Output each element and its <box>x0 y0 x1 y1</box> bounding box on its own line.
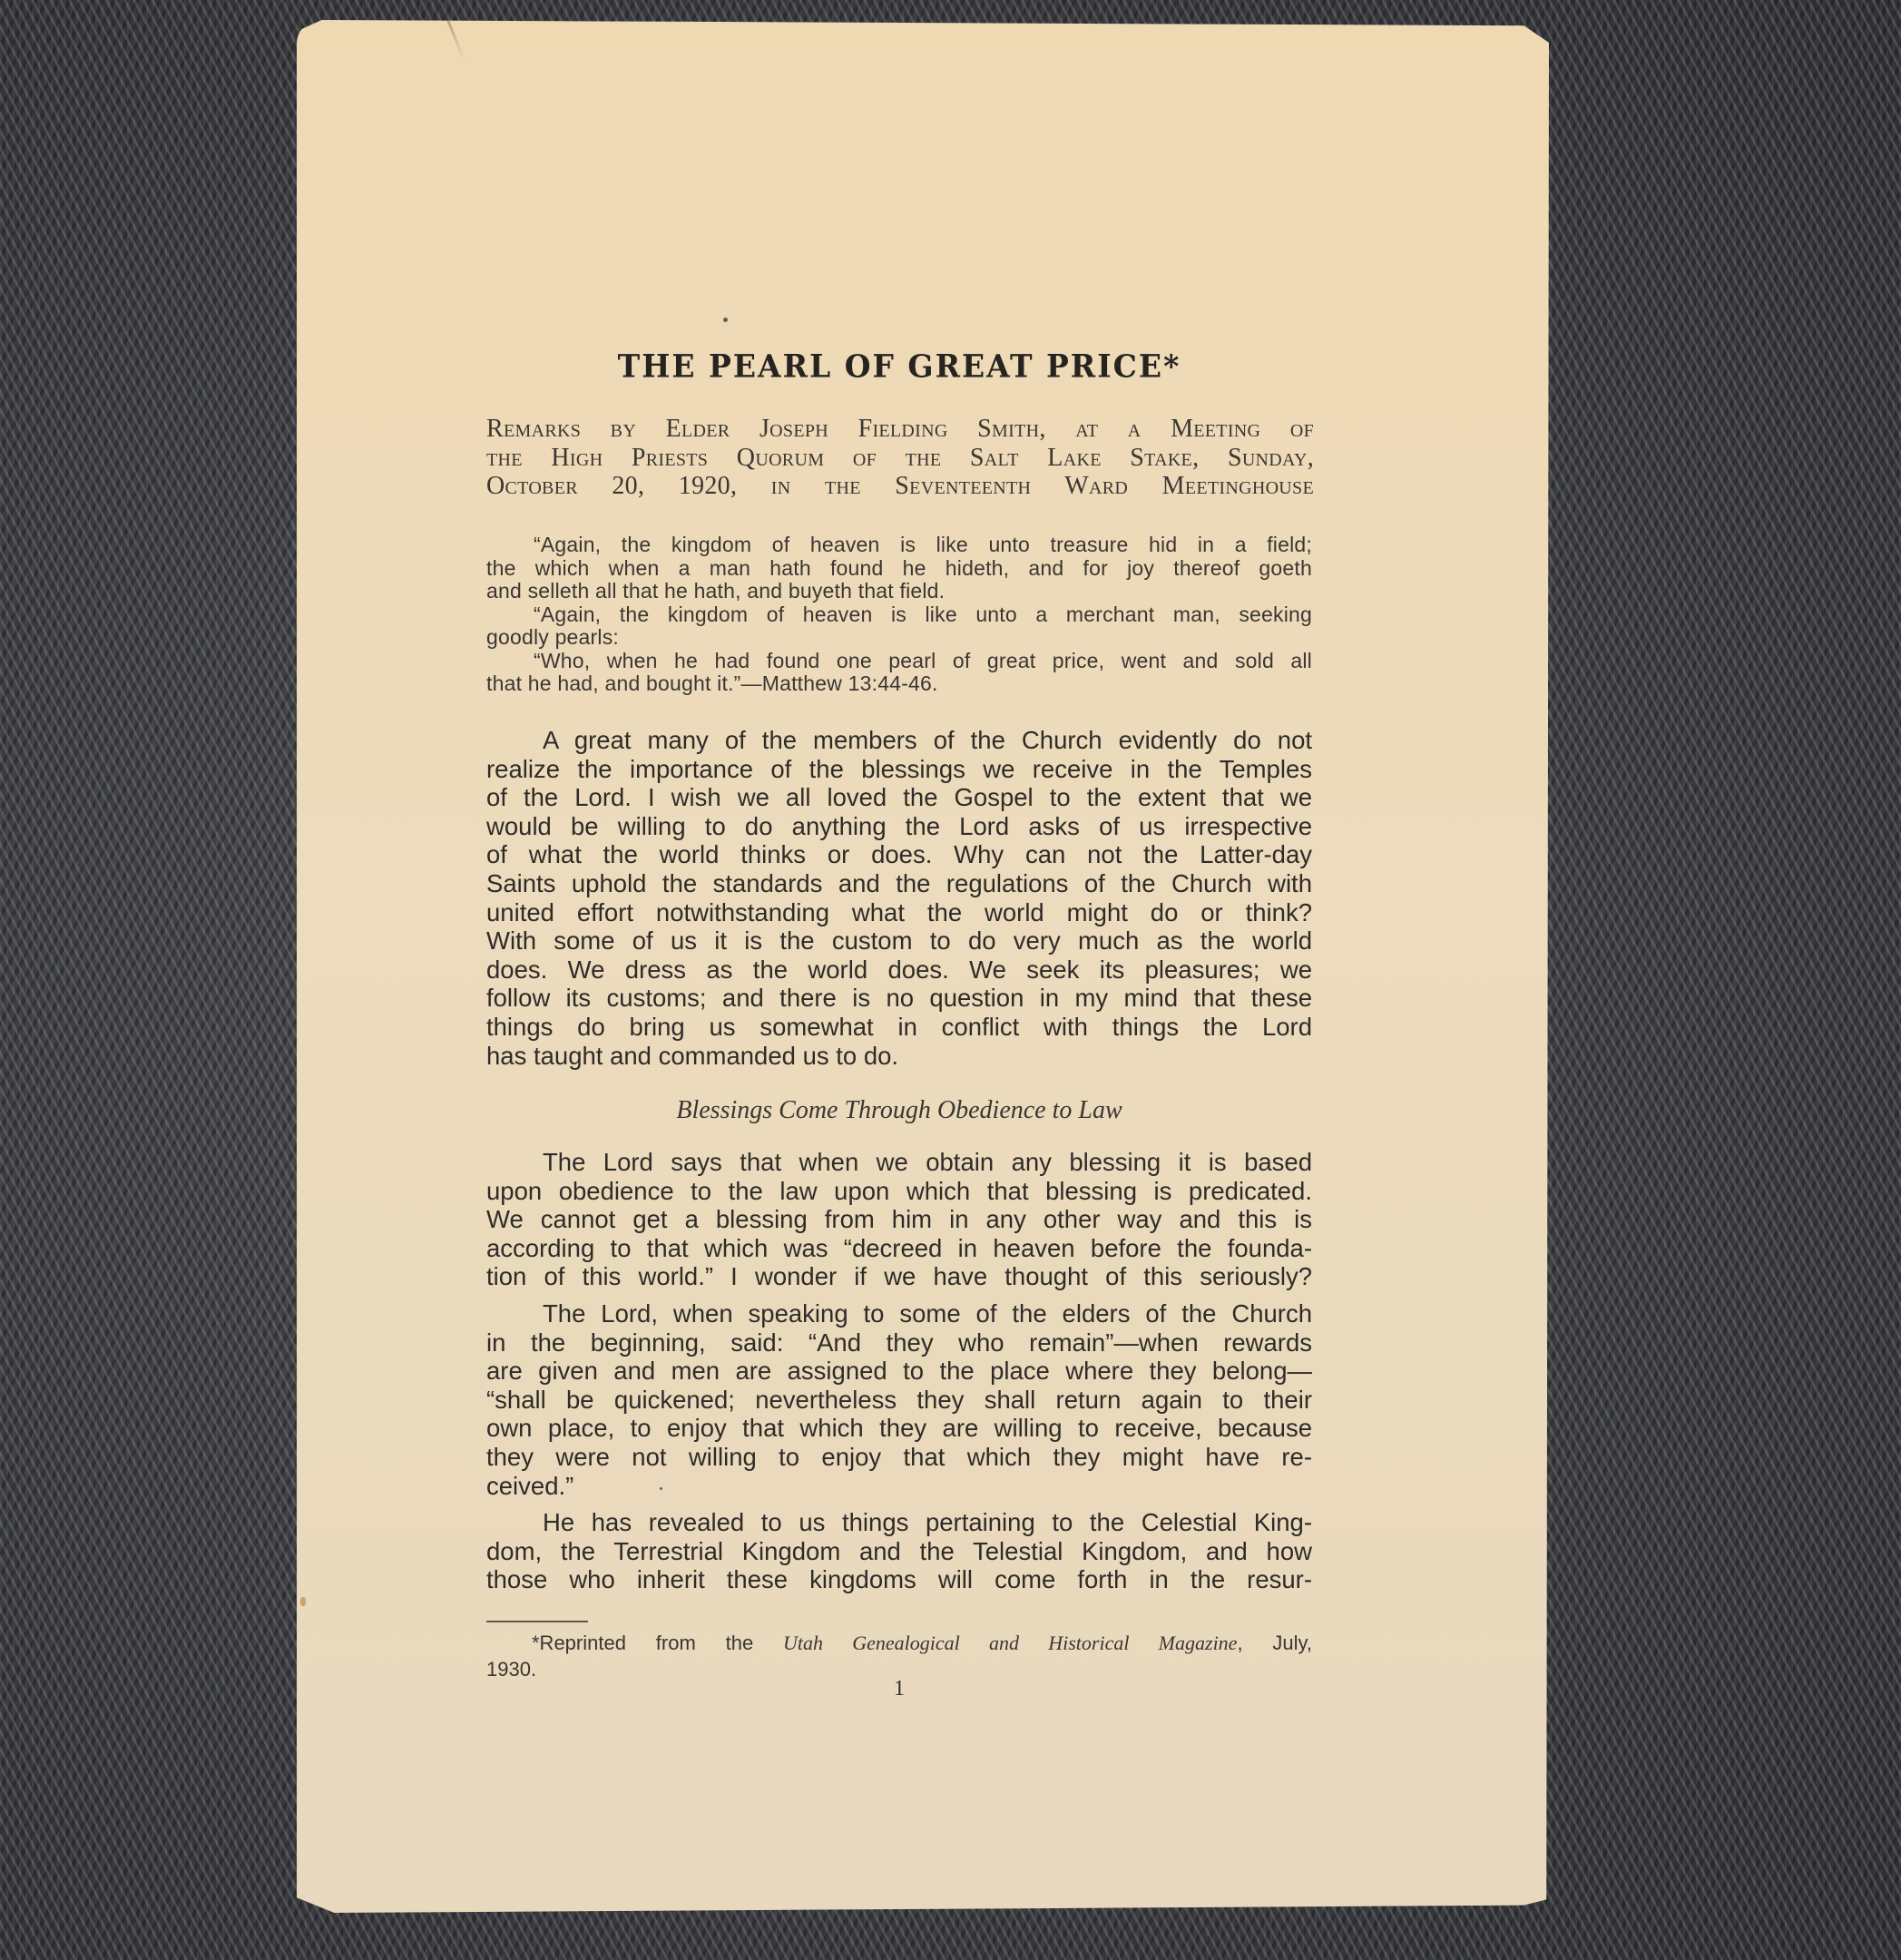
paragraph-2: The Lord says that when we obtain any bl… <box>486 1148 1312 1291</box>
footnote-line: *Reprinted from the Utah Genealogical an… <box>486 1630 1312 1656</box>
ink-speck <box>723 318 728 322</box>
paragraph-4: He has revealed to us things pertaining … <box>486 1508 1312 1594</box>
subtitle-line: October 20, 1920, in the Seventeenth War… <box>486 472 1314 501</box>
text-line: does. We dress as the world does. We see… <box>486 955 1312 985</box>
text-line: of the Lord. I wish we all loved the Gos… <box>486 783 1312 812</box>
text-line: We cannot get a blessing from him in any… <box>486 1205 1312 1234</box>
text-line: The Lord says that when we obtain any bl… <box>486 1148 1312 1177</box>
document-subtitle: Remarks by Elder Joseph Fielding Smith, … <box>486 415 1314 501</box>
text-line: according to that which was “decreed in … <box>486 1234 1312 1263</box>
quote-line: “Who, when he had found one pearl of gre… <box>486 650 1312 673</box>
paragraph-1: A great many of the members of the Churc… <box>486 726 1312 1070</box>
quote-line: the which when a man hath found he hidet… <box>486 557 1312 581</box>
text-line: A great many of the members of the Churc… <box>486 726 1312 755</box>
footnote: *Reprinted from the Utah Genealogical an… <box>486 1630 1312 1682</box>
section-heading: Blessings Come Through Obedience to Law <box>486 1096 1312 1125</box>
text-line: tion of this world.” I wonder if we have… <box>486 1262 1312 1291</box>
text-line: united effort notwithstanding what the w… <box>486 898 1312 927</box>
paper-stain <box>300 1597 306 1606</box>
text-line: has taught and commanded us to do. <box>486 1042 1312 1071</box>
quote-line: “Again, the kingdom of heaven is like un… <box>486 603 1312 627</box>
quote-line: that he had, and bought it.”—Matthew 13:… <box>486 672 1312 696</box>
text-line: upon obedience to the law upon which tha… <box>486 1177 1312 1206</box>
footnote-divider <box>486 1621 588 1622</box>
paragraph-3: The Lord, when speaking to some of the e… <box>486 1299 1312 1500</box>
quote-line: “Again, the kingdom of heaven is like un… <box>486 534 1312 557</box>
text-line: would be willing to do anything the Lord… <box>486 812 1312 841</box>
text-line: own place, to enjoy that which they are … <box>486 1414 1312 1443</box>
document-title: THE PEARL OF GREAT PRICE* <box>486 348 1312 385</box>
quote-line: and selleth all that he hath, and buyeth… <box>486 580 1312 603</box>
text-line: ceived.” <box>486 1472 1312 1501</box>
text-line: are given and men are assigned to the pl… <box>486 1357 1312 1386</box>
subtitle-line: the High Priests Quorum of the Salt Lake… <box>486 444 1314 473</box>
text-line: they were not willing to enjoy that whic… <box>486 1443 1312 1472</box>
text-line: those who inherit these kingdoms will co… <box>486 1565 1312 1594</box>
text-line: realize the importance of the blessings … <box>486 755 1312 784</box>
footnote-suffix: , July, <box>1237 1632 1312 1654</box>
scripture-quote: “Again, the kingdom of heaven is like un… <box>486 534 1312 696</box>
quote-line: goodly pearls: <box>486 626 1312 650</box>
page-number: 1 <box>486 1677 1312 1701</box>
text-line: dom, the Terrestrial Kingdom and the Tel… <box>486 1537 1312 1566</box>
text-line: With some of us it is the custom to do v… <box>486 926 1312 955</box>
text-line: The Lord, when speaking to some of the e… <box>486 1299 1312 1328</box>
text-line: “shall be quickened; nevertheless they s… <box>486 1386 1312 1415</box>
text-line: in the beginning, said: “And they who re… <box>486 1328 1312 1357</box>
text-line: things do bring us somewhat in conflict … <box>486 1013 1312 1042</box>
text-line: of what the world thinks or does. Why ca… <box>486 840 1312 869</box>
text-line: Saints uphold the standards and the regu… <box>486 869 1312 898</box>
text-line: follow its customs; and there is no ques… <box>486 984 1312 1013</box>
footnote-prefix: *Reprinted from the <box>532 1632 783 1654</box>
text-line: He has revealed to us things pertaining … <box>486 1508 1312 1537</box>
footnote-publication: Utah Genealogical and Historical Magazin… <box>783 1632 1237 1654</box>
subtitle-line: Remarks by Elder Joseph Fielding Smith, … <box>486 415 1314 444</box>
